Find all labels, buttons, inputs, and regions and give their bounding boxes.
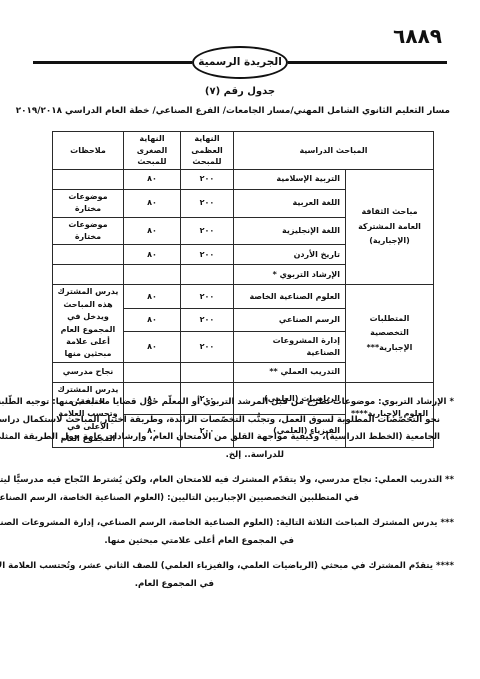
table-row: مباحث الثقافة العامة المشتركة (الإجبارية… (52, 169, 433, 189)
masthead-line-left (33, 61, 192, 64)
cell-note: نجاح مدرسي (52, 362, 123, 382)
masthead-rule: الجريدة الرسمية (33, 46, 447, 78)
gazette-oval: الجريدة الرسمية (192, 46, 288, 79)
cell-min: ٨٠ (123, 308, 180, 331)
cell-min (123, 362, 180, 382)
cell-max (180, 265, 233, 285)
footnote: ** التدريب العملي: نجاح مدرسي، ولا يتقدّ… (22, 472, 454, 507)
cell-subject: اللغة العربية (233, 189, 345, 217)
footnote-line: للدراسة.. إلخ. (22, 447, 454, 465)
cell-max: ٢٠٠ (180, 285, 233, 308)
cell-note: موضوعات مختارة (52, 217, 123, 245)
cell-note (52, 265, 123, 285)
table-caption: جدول رقم (٧) (0, 86, 480, 97)
gazette-name: الجريدة الرسمية (198, 56, 282, 68)
cell-max: ٢٠٠ (180, 217, 233, 245)
cell-subject: تاريخ الأردن (233, 245, 345, 265)
cell-subject: إدارة المشروعات الصناعية (233, 332, 345, 363)
cell-subject: اللغة الإنجليزية (233, 217, 345, 245)
footnote-line: ** التدريب العملي: نجاح مدرسي، ولا يتقدّ… (22, 472, 454, 490)
footnote-line: **** يتقدّم المشترك في مبحثي (الرياضيات … (22, 558, 454, 576)
cell-min: ٨٠ (123, 189, 180, 217)
cell-max: ٢٠٠ (180, 189, 233, 217)
cell-min: ٨٠ (123, 217, 180, 245)
footnote: * الإرشاد التربوي: موضوعات تُطرح من قبل … (22, 394, 454, 464)
table-header-row: المباحث الدراسية النهاية العظمى للمبحث ا… (52, 132, 433, 170)
cell-min: ٨٠ (123, 245, 180, 265)
cell-note (52, 245, 123, 265)
header-subjects: المباحث الدراسية (233, 132, 433, 170)
group-label-cell: مباحث الثقافة العامة المشتركة (الإجبارية… (346, 169, 434, 285)
header-notes: ملاحظات (52, 132, 123, 170)
cell-merged-note: يدرس المشترك هذه المباحث ويدخل في المجمو… (52, 285, 123, 362)
cell-min: ٨٠ (123, 285, 180, 308)
footnote-line: نحو التخصّصات المطلوبة لسوق العمل، وتجنُ… (22, 412, 454, 430)
cell-subject: العلوم الصناعية الخاصة (233, 285, 345, 308)
footnote: *** يدرس المشترك المباحث الثلاثة التالية… (22, 515, 454, 550)
cell-subject: التدريب العملي ** (233, 362, 345, 382)
cell-min (123, 265, 180, 285)
page-number: ٦٨٨٩ (393, 24, 442, 48)
footnote: **** يتقدّم المشترك في مبحثي (الرياضيات … (22, 558, 454, 593)
footnote-line: *** يدرس المشترك المباحث الثلاثة التالية… (22, 515, 454, 533)
cell-max: ٢٠٠ (180, 332, 233, 363)
footnotes: * الإرشاد التربوي: موضوعات تُطرح من قبل … (22, 394, 454, 601)
header-max: النهاية العظمى للمبحث (180, 132, 233, 170)
footnote-line: في المتطلبين التخصصيين الإجباريين التالي… (22, 490, 454, 508)
table-row: المتطلبات التخصصية الإجبارية*** العلوم ا… (52, 285, 433, 308)
cell-subject: الرسم الصناعي (233, 308, 345, 331)
header-min: النهاية الصغرى للمبحث (123, 132, 180, 170)
document-title: مسار التعليم الثانوي الشامل المهني/مسار … (30, 106, 450, 116)
footnote-line: في المجموع العام أعلى علامتي مبحثين منها… (22, 533, 454, 551)
masthead-line-right (288, 61, 447, 64)
cell-min: ٨٠ (123, 169, 180, 189)
cell-subject: التربية الإسلامية (233, 169, 345, 189)
cell-max: ٢٠٠ (180, 308, 233, 331)
footnote-line: * الإرشاد التربوي: موضوعات تُطرح من قبل … (22, 394, 454, 412)
gazette-page: ٦٨٨٩ الجريدة الرسمية جدول رقم (٧) مسار ا… (0, 0, 480, 679)
cell-max: ٢٠٠ (180, 245, 233, 265)
cell-max: ٢٠٠ (180, 169, 233, 189)
cell-subject: الإرشاد التربوي * (233, 265, 345, 285)
cell-note: موضوعات مختارة (52, 189, 123, 217)
group-label-cell: المتطلبات التخصصية الإجبارية*** (346, 285, 434, 382)
footnote-line: الجامعية (الخطط الدراسية)، وكيفية مواجهة… (22, 429, 454, 447)
footnote-line: في المجموع العام. (22, 576, 454, 594)
cell-max (180, 362, 233, 382)
cell-note (52, 169, 123, 189)
cell-min: ٨٠ (123, 332, 180, 363)
